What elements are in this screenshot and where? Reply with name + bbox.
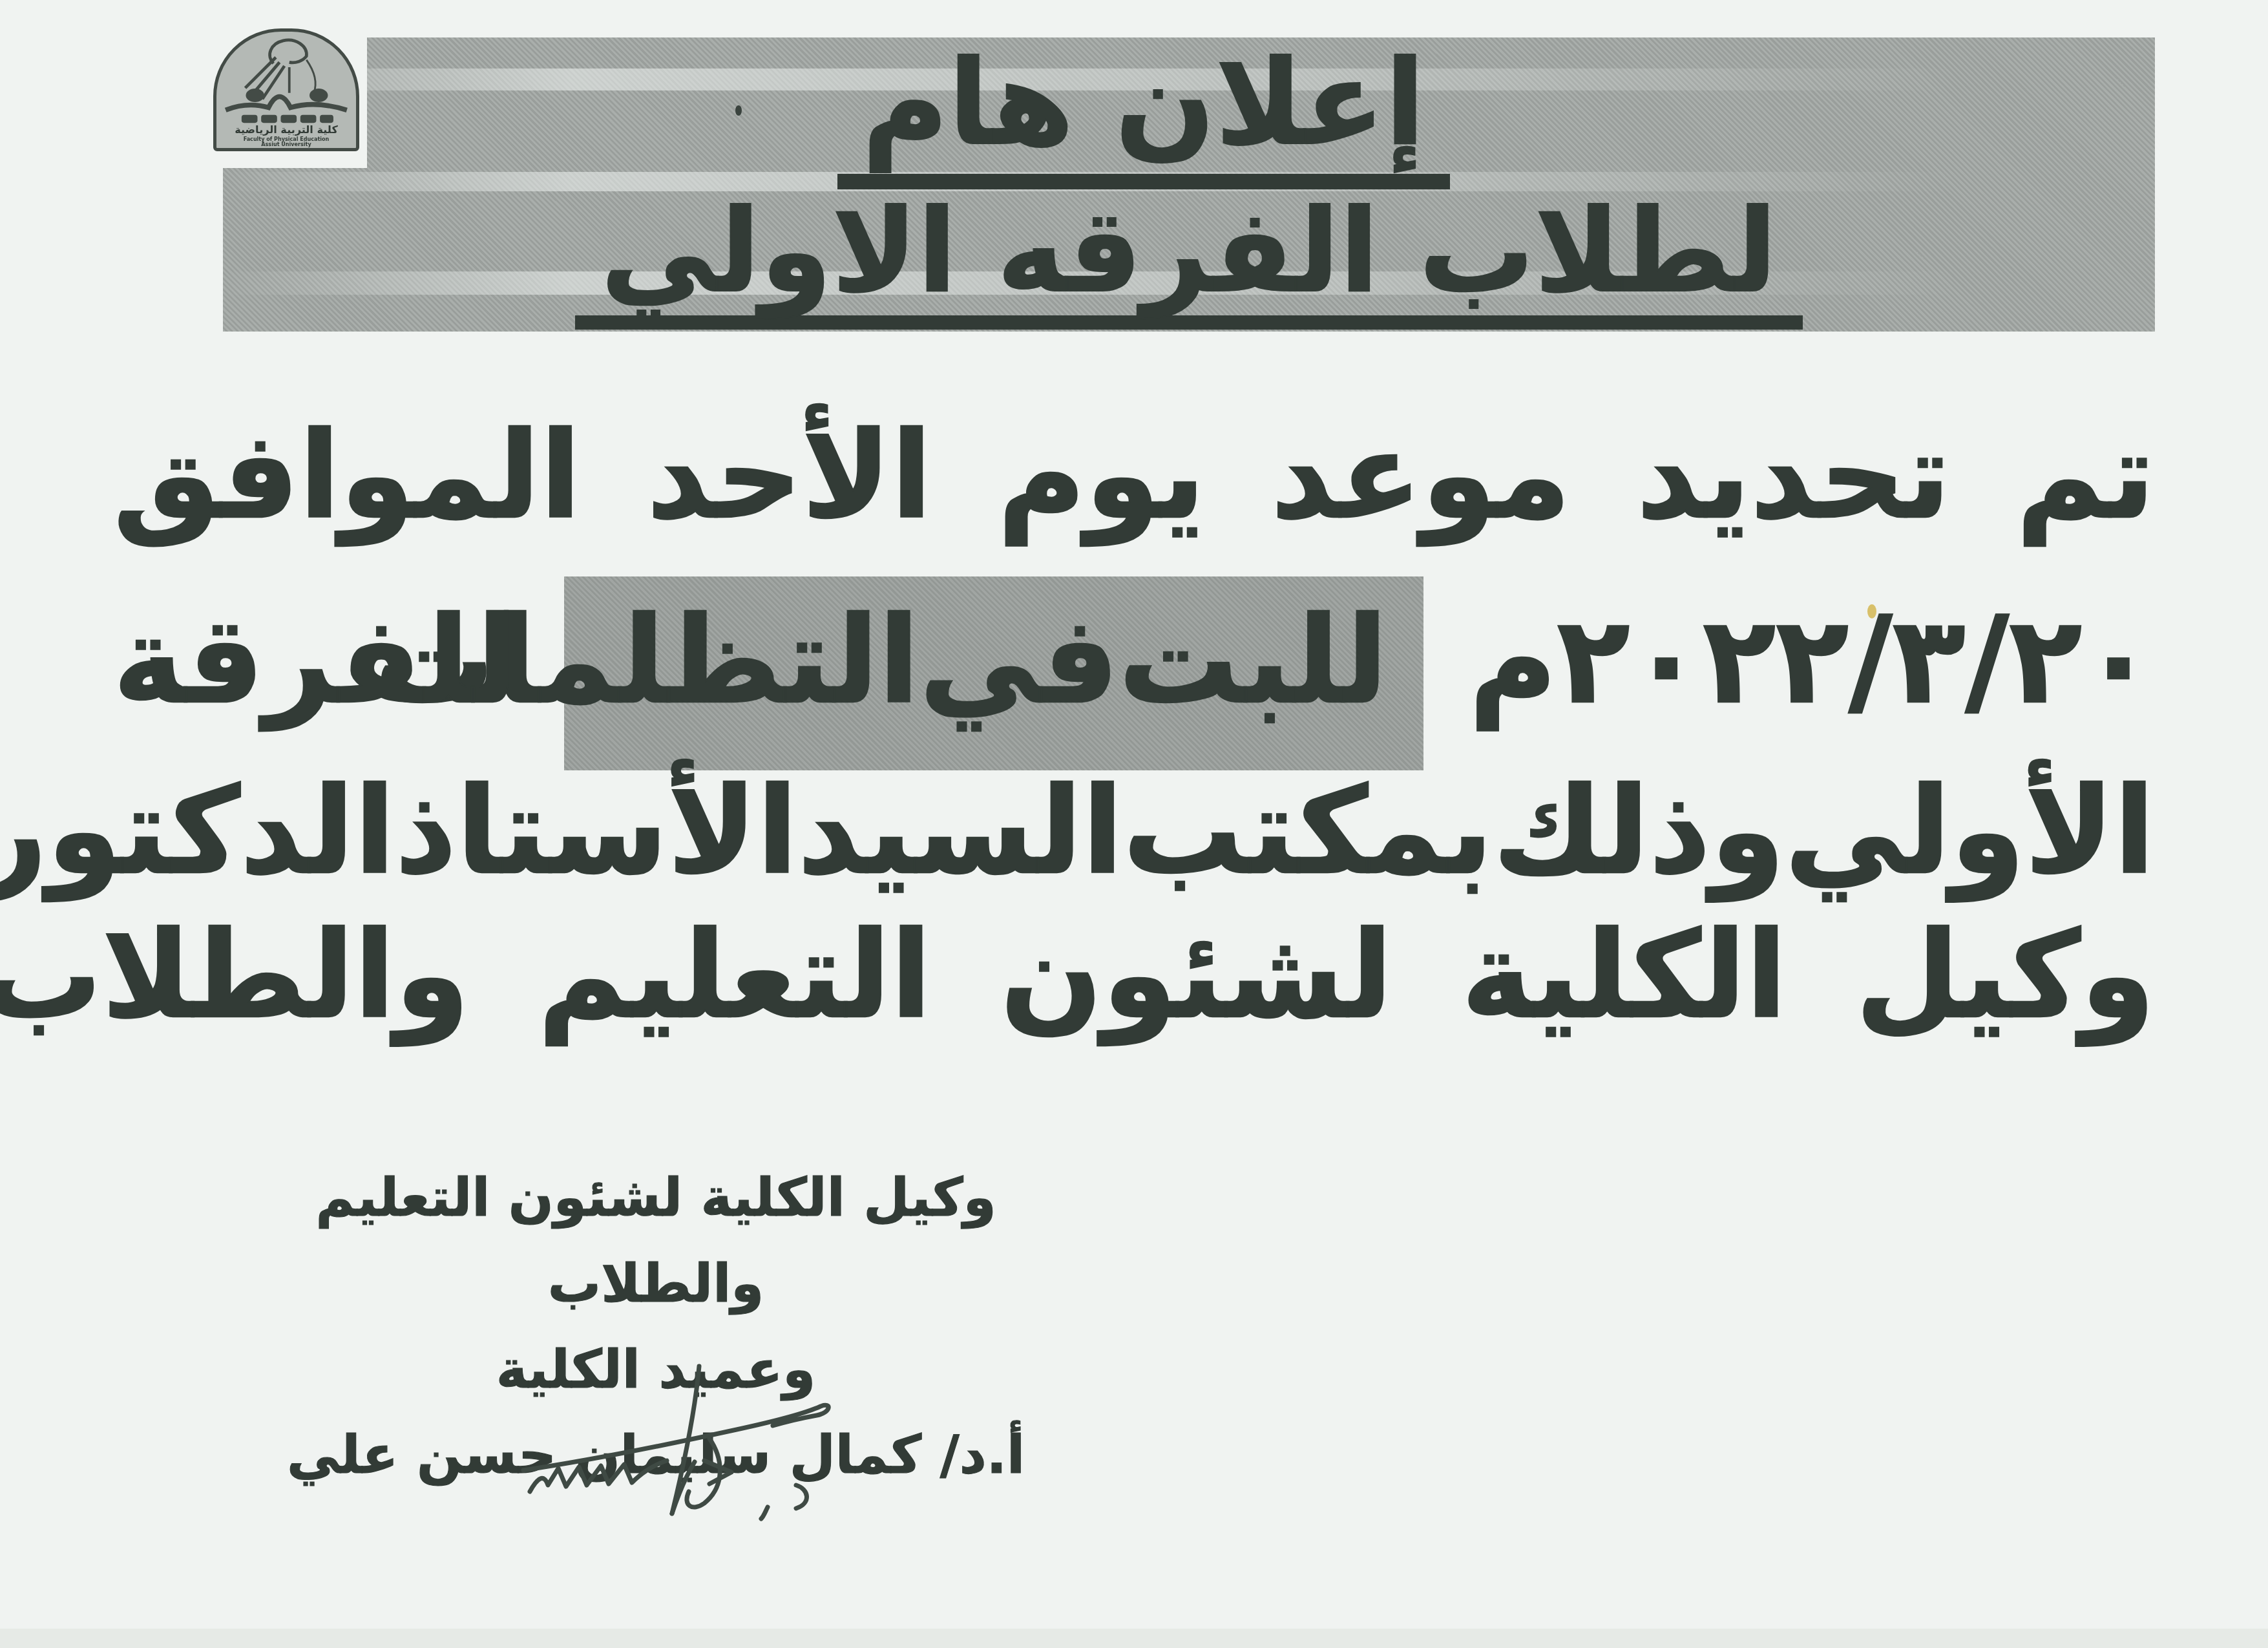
announcement-title: إعلان هام (837, 41, 1450, 189)
handwritten-signature (504, 1364, 840, 1564)
body-word: وذلك (1493, 751, 1785, 913)
body-word: موعد (1271, 396, 1571, 557)
logo-squares-icon (242, 115, 333, 123)
body-word: الأحد (647, 396, 932, 557)
logo-university-name: Assiut University (261, 142, 311, 147)
logo-arabic-name: كلية التربية الرياضية (235, 123, 338, 136)
announcement-banner: إعلان هام لطلاب الفرقه الاولي (223, 37, 2155, 332)
scan-bottom-edge (0, 1629, 2268, 1648)
body-line-2: ٢٠٢٢/٣/٢٠م للبت في التظلمات للفرقة (113, 576, 2155, 770)
body-line-1: تم تحديد موعد يوم الأحد الموافق (113, 396, 2155, 557)
scanned-announcement-page: إعلان هام لطلاب الفرقه الاولي (0, 0, 2268, 1648)
body-line-4: وكيل الكلية لشئون التعليم والطلاب . (113, 895, 2155, 1057)
body-word: بمكتب (1123, 751, 1493, 913)
body-word: تم (2016, 396, 2155, 557)
body-word: السيد (798, 751, 1124, 913)
body-word: للفرقة (113, 580, 518, 742)
highlighted-phrase: للبت في التظلمات (564, 576, 1423, 770)
body-word: الأستاذ (395, 751, 798, 913)
signatory-title-line1: وكيل الكلية لشئون التعليم والطلاب (239, 1156, 1073, 1327)
announcement-subtitle: لطلاب الفرقه الاولي (575, 194, 1803, 330)
body-word: الأولي (1785, 751, 2155, 913)
body-word: تحديد (1637, 396, 1951, 557)
scan-speck (735, 105, 742, 116)
body-word: يوم (998, 396, 1205, 557)
body-line-3: الأولي وذلك بمكتب السيد الأستاذ الدكتور/ (113, 751, 2155, 913)
body-word: الدكتور/ (0, 751, 395, 913)
faculty-logo: كلية التربية الرياضية Faculty of Physica… (213, 28, 359, 151)
highlight-word: في (919, 580, 1118, 742)
highlight-word: للبت (1118, 580, 1387, 742)
meeting-date: ٢٠٢٢/٣/٢٠م (1469, 580, 2155, 742)
body-word: الموافق (113, 396, 581, 557)
faculty-emblem-icon: كلية التربية الرياضية Faculty of Physica… (216, 32, 356, 148)
scan-speck (1867, 604, 1876, 618)
